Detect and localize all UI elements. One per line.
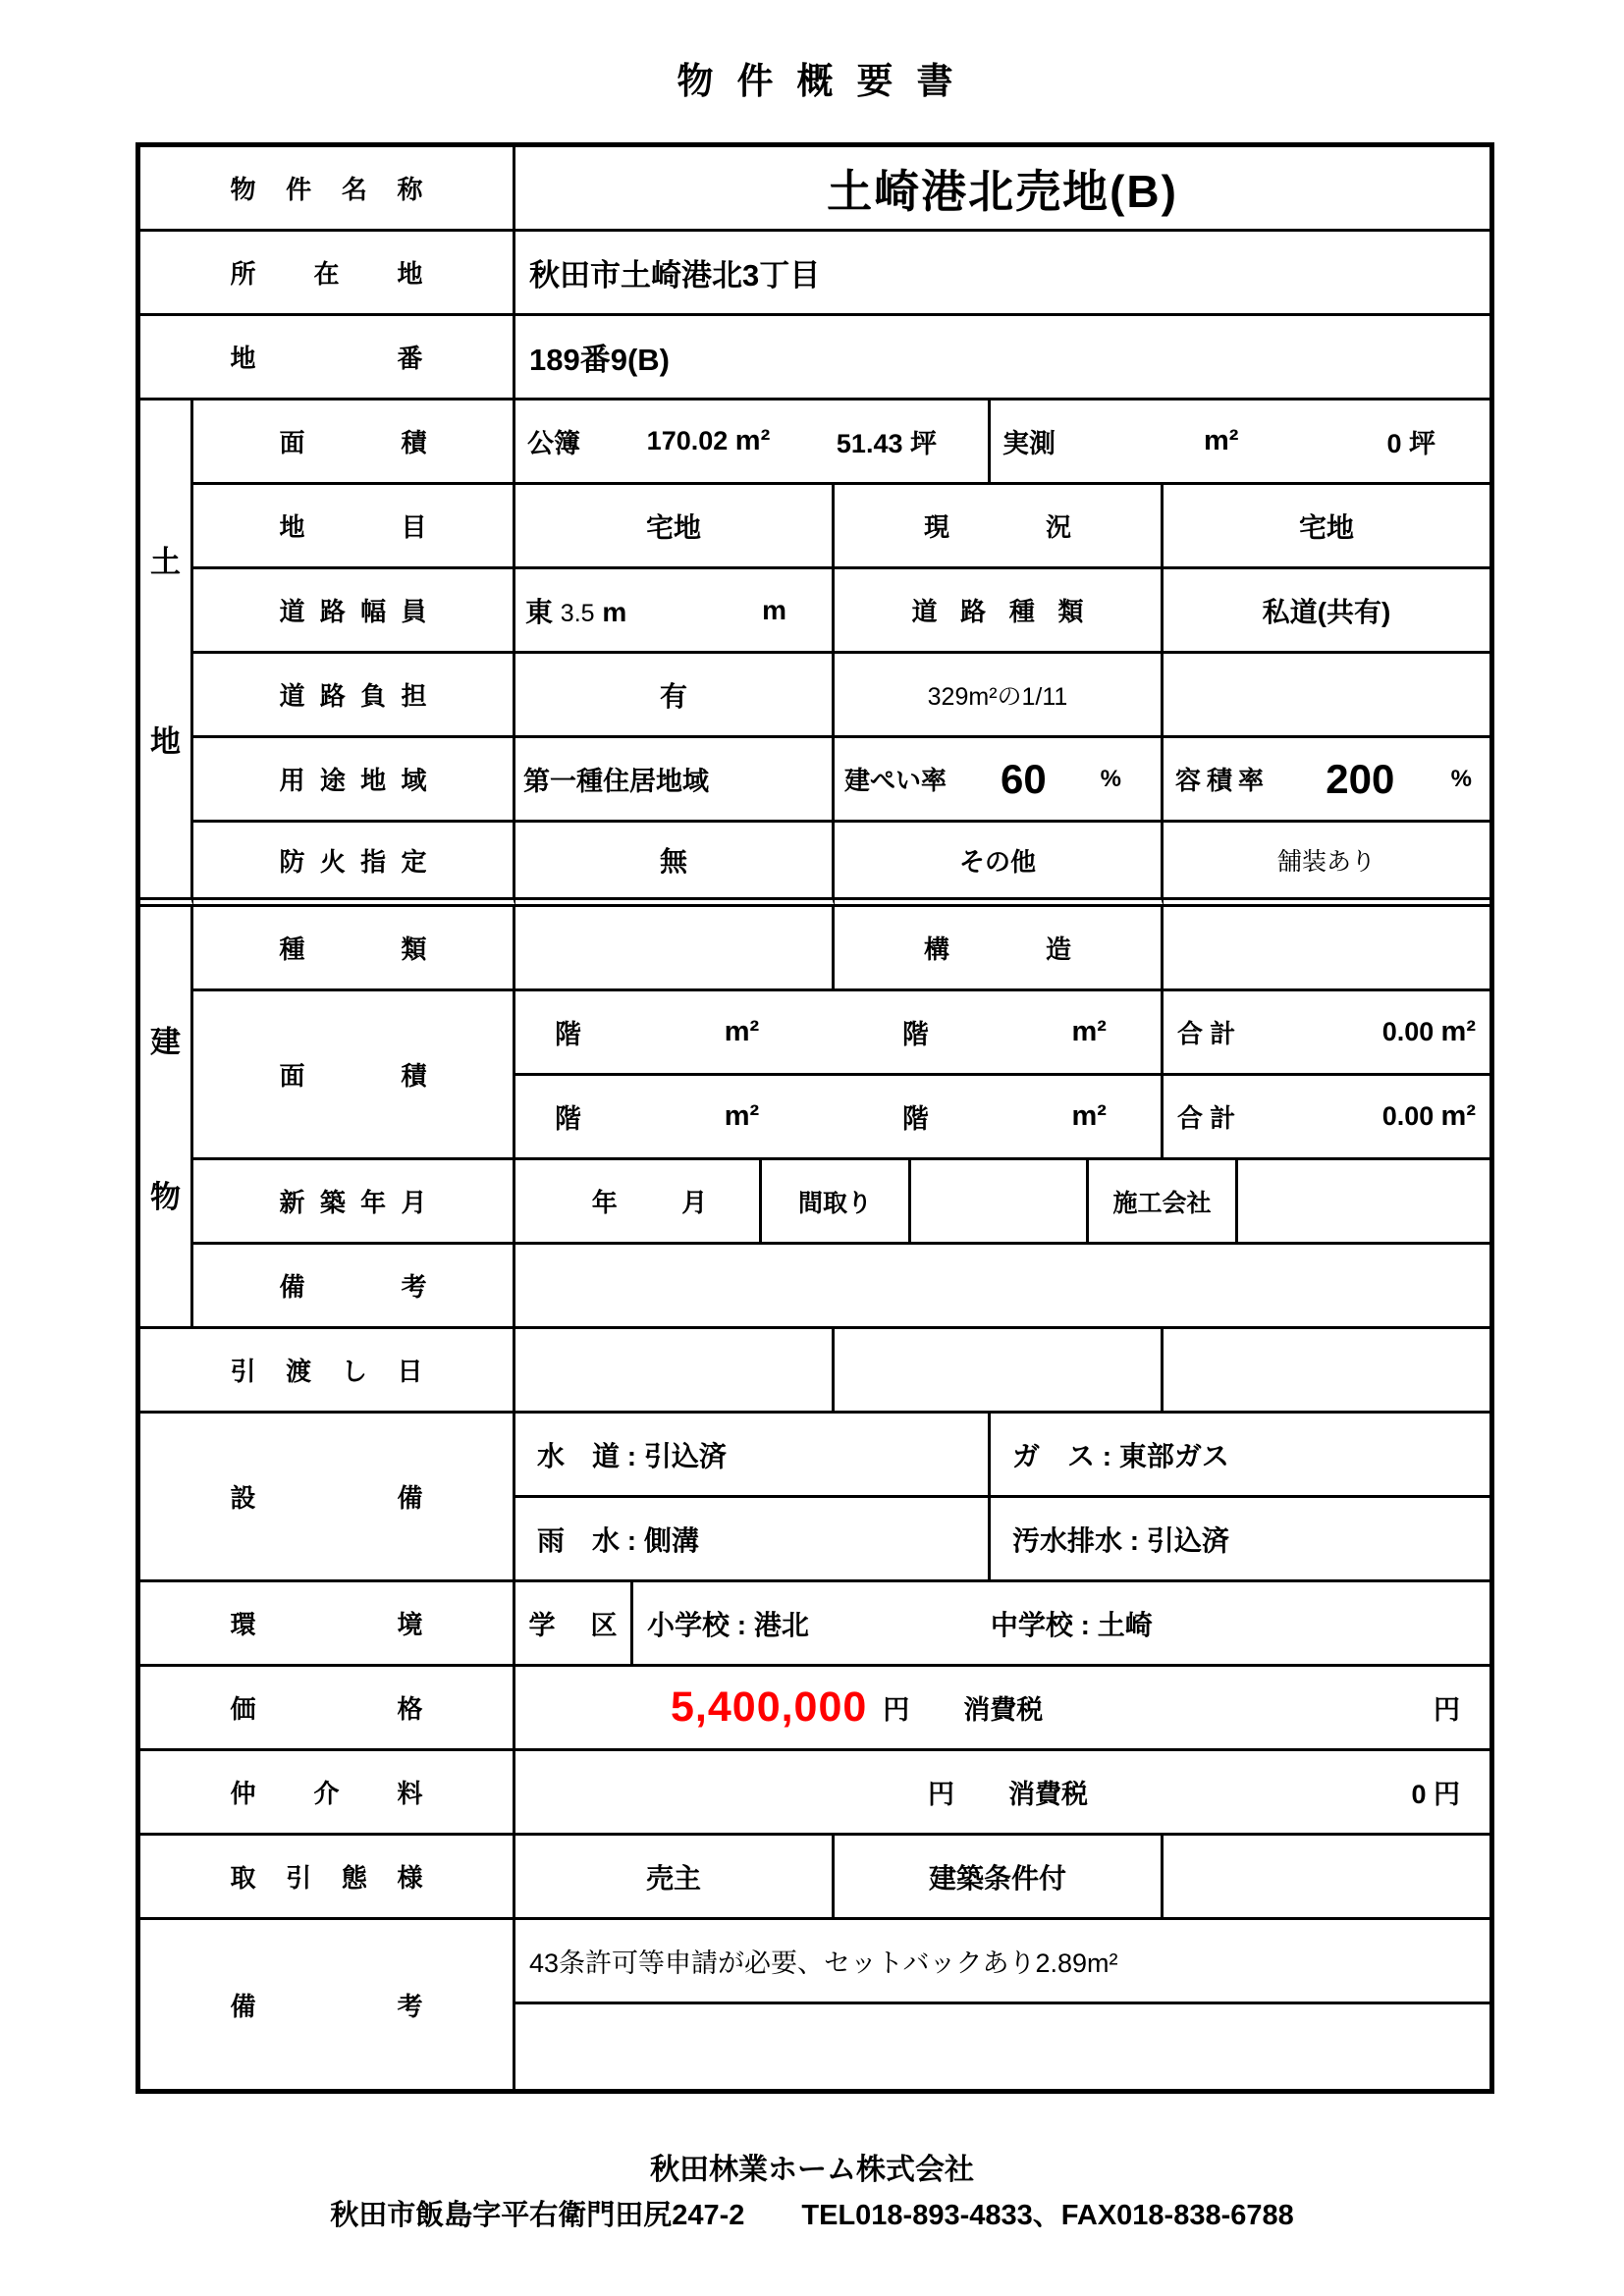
junior-high-school: 中学校 : 土崎 — [991, 1604, 1153, 1643]
building-type-empty-cell — [515, 907, 835, 991]
row-label-road-width: 道路幅員 — [193, 569, 515, 654]
row-label-zoning: 用途地域 — [193, 738, 515, 823]
delivery-date-cell-1 — [515, 1329, 835, 1414]
land-category-value: 宅地 — [515, 485, 835, 569]
row-label-fire-zone: 防火指定 — [193, 823, 515, 907]
road-type-value: 私道(共有) — [1164, 569, 1489, 654]
building-remarks-empty-cell — [515, 1245, 1489, 1329]
fire-zone-value: 無 — [515, 823, 835, 907]
row-label-lot-number: 地番 — [140, 316, 515, 400]
building-area-floors-cell-1: 階 m² 階 m² — [515, 991, 1164, 1076]
builder-label: 施工会社 — [1089, 1160, 1238, 1245]
price-tax-label: 消費税 — [963, 1688, 1043, 1727]
school-district-label: 学区 — [515, 1582, 633, 1667]
elementary-school: 小学校 : 港北 — [647, 1604, 809, 1643]
building-area-total-cell-1: 合 計 0.00 m² — [1164, 991, 1489, 1076]
row-label-environment: 環境 — [140, 1582, 515, 1667]
row-label-building-type: 種類 — [193, 907, 515, 991]
zoning-value: 第一種住居地域 — [515, 738, 835, 823]
delivery-date-cell-3 — [1164, 1329, 1489, 1414]
price-value: 5,400,000 — [671, 1683, 867, 1732]
road-burden-empty-cell — [1164, 654, 1489, 738]
price-cell: 5,400,000 円 消費税 円 — [515, 1667, 1489, 1751]
delivery-date-cell-2 — [835, 1329, 1164, 1414]
utilities-rainwater-cell: 雨 水 : 側溝 — [515, 1498, 991, 1582]
row-label-road-burden: 道路負担 — [193, 654, 515, 738]
floor-plan-empty-cell — [911, 1160, 1089, 1245]
built-date-cell: 年 月 — [515, 1160, 762, 1245]
structure-empty-cell — [1164, 907, 1489, 991]
section-label-land: 土 地 — [140, 400, 193, 907]
page-title: 物件概要書 — [135, 51, 1494, 104]
location-value: 秋田市土崎港北3丁目 — [515, 232, 1489, 316]
row-label-built-date: 新築年月 — [193, 1160, 515, 1245]
row-label-transaction-type: 取引態様 — [140, 1836, 515, 1920]
row-label-delivery-date: 引渡し日 — [140, 1329, 515, 1414]
row-label-building-remarks: 備考 — [193, 1245, 515, 1329]
footer: 秋田林業ホーム株式会社 秋田市飯島字平右衛門田尻247-2 TEL018-893… — [0, 2148, 1624, 2238]
transaction-type-empty-cell — [1164, 1836, 1489, 1920]
road-burden-value: 有 — [515, 654, 835, 738]
footer-address-contact: 秋田市飯島字平右衛門田尻247-2 TEL018-893-4833、FAX018… — [0, 2193, 1624, 2238]
land-area-measured-cell: 実測 m² 0 坪 — [991, 400, 1489, 485]
row-label-utilities: 設備 — [140, 1414, 515, 1582]
row-label-brokerage-fee: 仲介料 — [140, 1751, 515, 1836]
building-area-floors-cell-2: 階 m² 階 m² — [515, 1076, 1164, 1160]
structure-label: 構造 — [835, 907, 1164, 991]
current-state-value: 宅地 — [1164, 485, 1489, 569]
builder-empty-cell — [1238, 1160, 1489, 1245]
row-label-property-name: 物件名称 — [140, 147, 515, 232]
row-label-price: 価格 — [140, 1667, 515, 1751]
road-burden-detail: 329m²の1/11 — [835, 654, 1164, 738]
property-summary-page: 物件概要書 物件名称 土崎港北売地(B) 所在地 秋田市土崎港北3丁目 地番 1… — [0, 0, 1624, 2296]
other-label: その他 — [835, 823, 1164, 907]
row-label-land-area: 面積 — [193, 400, 515, 485]
school-district-values: 小学校 : 港北 中学校 : 土崎 — [633, 1582, 1489, 1667]
utilities-water-cell: 水 道 : 引込済 — [515, 1414, 991, 1498]
row-label-building-area: 面積 — [193, 991, 515, 1160]
road-type-label: 道路種類 — [835, 569, 1164, 654]
current-state-label: 現況 — [835, 485, 1164, 569]
property-summary-table: 物件名称 土崎港北売地(B) 所在地 秋田市土崎港北3丁目 地番 189番9(B… — [135, 142, 1494, 2094]
utilities-sewage-cell: 汚水排水 : 引込済 — [991, 1498, 1489, 1582]
other-value: 舗装あり — [1164, 823, 1489, 907]
building-area-total-cell-2: 合 計 0.00 m² — [1164, 1076, 1489, 1160]
section-label-building: 建 物 — [140, 907, 193, 1329]
remarks-line-2-empty — [515, 2004, 1489, 2089]
road-width-value: 東 3.5 m m — [515, 569, 835, 654]
utilities-gas-cell: ガ ス : 東部ガス — [991, 1414, 1489, 1498]
lot-number-value: 189番9(B) — [515, 316, 1489, 400]
building-coverage-cell: 建ぺい率 60 % — [835, 738, 1164, 823]
transaction-type-value-1: 売主 — [515, 1836, 835, 1920]
land-area-registered-cell: 公簿 170.02 m² 51.43 坪 — [515, 400, 991, 485]
floor-area-ratio-cell: 容積率 200 % — [1164, 738, 1489, 823]
row-label-location: 所在地 — [140, 232, 515, 316]
property-name-value: 土崎港北売地(B) — [515, 147, 1489, 232]
remarks-line-1: 43条許可等申請が必要、セットバックあり2.89m² — [515, 1920, 1489, 2004]
brokerage-tax-label: 消費税 — [1008, 1773, 1088, 1811]
row-label-remarks: 備考 — [140, 1920, 515, 2089]
transaction-type-value-2: 建築条件付 — [835, 1836, 1164, 1920]
brokerage-fee-cell: 円 消費税 0 円 — [515, 1751, 1489, 1836]
row-label-land-category: 地目 — [193, 485, 515, 569]
footer-company-name: 秋田林業ホーム株式会社 — [0, 2148, 1624, 2193]
floor-plan-label: 間取り — [762, 1160, 911, 1245]
